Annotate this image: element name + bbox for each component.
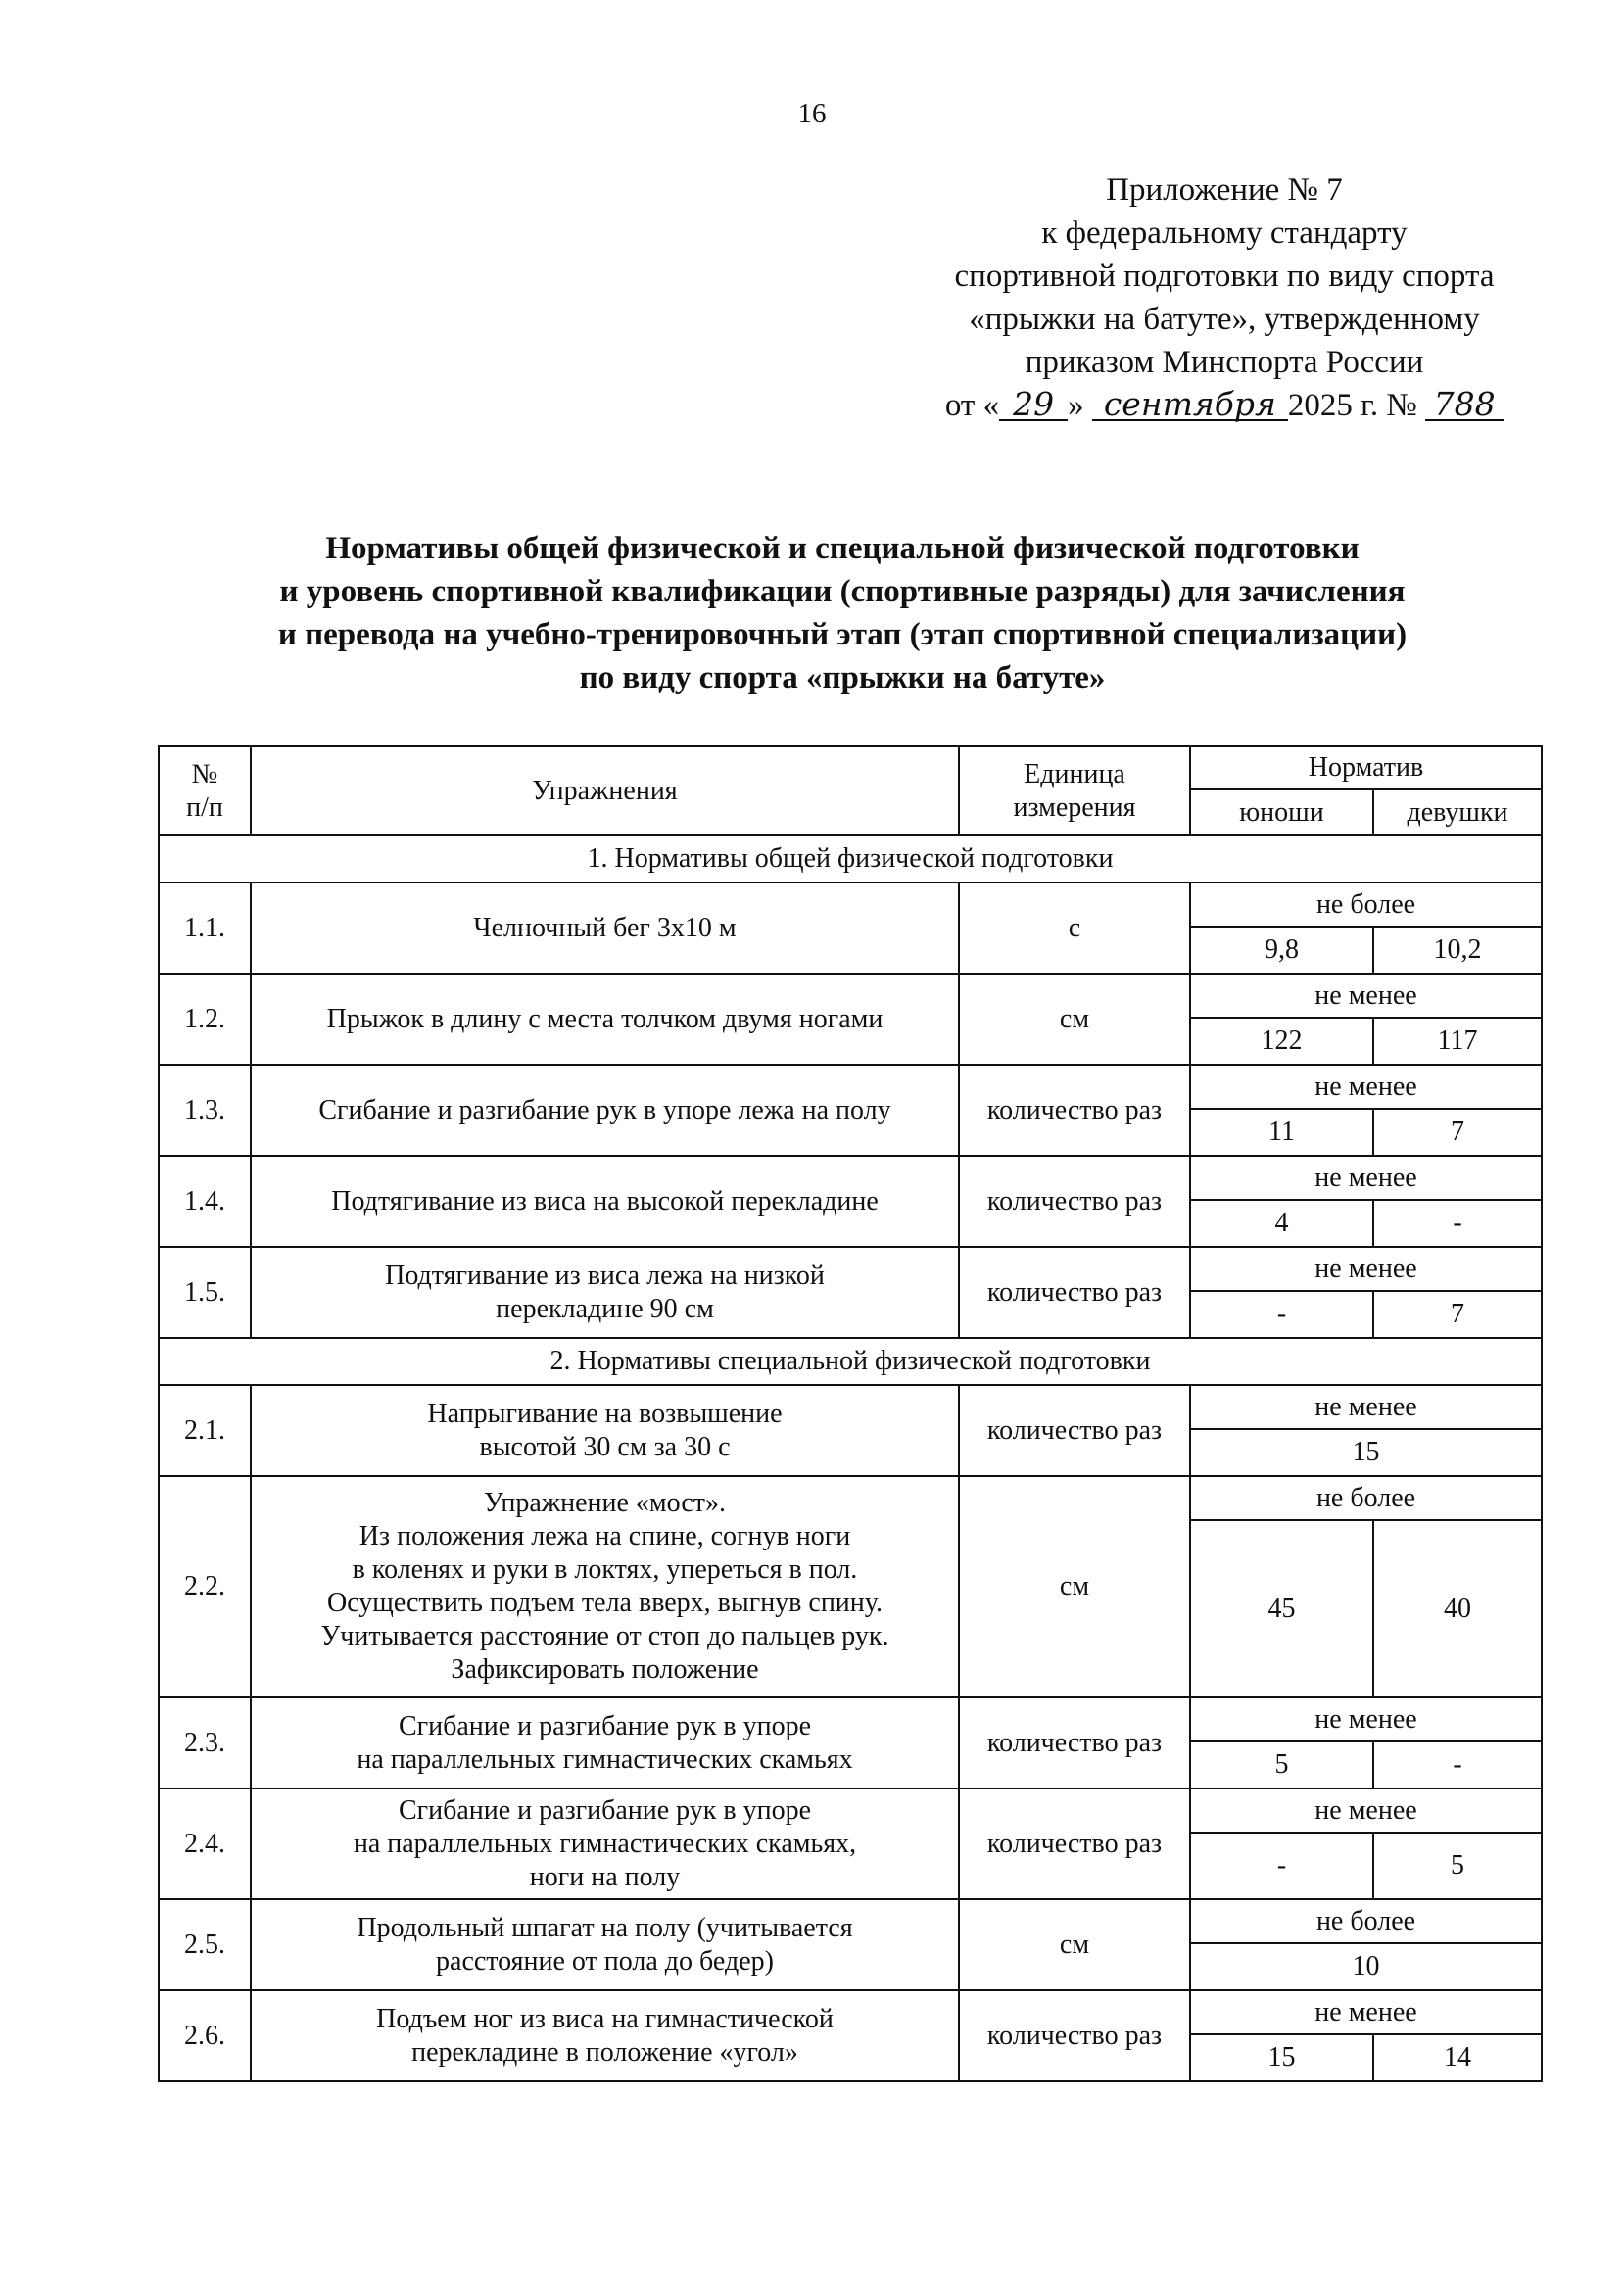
norm-qualifier: не менее bbox=[1190, 1697, 1542, 1741]
appendix-line: к федеральному стандарту bbox=[862, 212, 1587, 255]
table-row: 1.2.Прыжок в длину с места толчком двумя… bbox=[159, 974, 1542, 1018]
exercise-line: Подъем ног из виса на гимнастической bbox=[256, 2003, 954, 2036]
norm-value-girls: 7 bbox=[1373, 1109, 1542, 1156]
row-number: 1.4. bbox=[159, 1156, 251, 1247]
unit: см bbox=[959, 974, 1190, 1065]
unit: количество раз bbox=[959, 1990, 1190, 2081]
table-row: 2.3.Сгибание и разгибание рук в упорена … bbox=[159, 1697, 1542, 1741]
row-number: 2.5. bbox=[159, 1899, 251, 1990]
row-number: 1.1. bbox=[159, 882, 251, 974]
exercise-line: Прыжок в длину с места толчком двумя ног… bbox=[256, 1003, 954, 1036]
exercise-line: расстояние от пола до бедер) bbox=[256, 1945, 954, 1978]
norm-qualifier: не менее bbox=[1190, 1990, 1542, 2034]
date-prefix: от « bbox=[945, 388, 999, 423]
header-num: № п/п bbox=[159, 746, 251, 835]
exercise-line: высотой 30 см за 30 с bbox=[256, 1431, 954, 1464]
norm-qualifier: не менее bbox=[1190, 1156, 1542, 1200]
unit: количество раз bbox=[959, 1385, 1190, 1476]
norm-qualifier: не менее bbox=[1190, 974, 1542, 1018]
exercise-name: Напрыгивание на возвышениевысотой 30 см … bbox=[251, 1385, 959, 1476]
handwritten-order-number: 788 bbox=[1425, 390, 1504, 421]
table-row: 2.5.Продольный шпагат на полу (учитывает… bbox=[159, 1899, 1542, 1943]
title-line: и уровень спортивной квалификации (спорт… bbox=[147, 570, 1538, 613]
table-row: 1.3.Сгибание и разгибание рук в упоре ле… bbox=[159, 1065, 1542, 1109]
norm-value-girls: 7 bbox=[1373, 1291, 1542, 1338]
exercise-line: Сгибание и разгибание рук в упоре bbox=[256, 1710, 954, 1743]
norm-value-boys: 5 bbox=[1190, 1741, 1373, 1788]
row-number: 2.4. bbox=[159, 1788, 251, 1899]
exercise-line: Сгибание и разгибание рук в упоре лежа н… bbox=[256, 1094, 954, 1127]
page-number: 16 bbox=[0, 98, 1624, 130]
exercise-name: Сгибание и разгибание рук в упоре лежа н… bbox=[251, 1065, 959, 1156]
row-number: 2.3. bbox=[159, 1697, 251, 1788]
unit: количество раз bbox=[959, 1065, 1190, 1156]
exercise-name: Сгибание и разгибание рук в упорена пара… bbox=[251, 1697, 959, 1788]
appendix-line: приказом Минспорта России bbox=[862, 341, 1587, 384]
order-date-line: от «29» сентября2025 г. № 788 bbox=[862, 384, 1587, 427]
unit: см bbox=[959, 1476, 1190, 1697]
section-title: 1. Нормативы общей физической подготовки bbox=[159, 835, 1542, 882]
exercise-line: на параллельных гимнастических скамьях, bbox=[256, 1828, 954, 1861]
title-line: Нормативы общей физической и специальной… bbox=[147, 527, 1538, 570]
norm-value-girls: 5 bbox=[1373, 1833, 1542, 1899]
table-row: 1.5.Подтягивание из виса лежа на низкойп… bbox=[159, 1247, 1542, 1291]
appendix-header: Приложение № 7 к федеральному стандарту … bbox=[862, 168, 1587, 427]
section-row: 1. Нормативы общей физической подготовки bbox=[159, 835, 1542, 882]
norm-value-girls: - bbox=[1373, 1200, 1542, 1247]
exercise-line: перекладине 90 см bbox=[256, 1293, 954, 1326]
norm-value-girls: - bbox=[1373, 1741, 1542, 1788]
exercise-line: Учитывается расстояние от стоп до пальце… bbox=[256, 1620, 954, 1653]
table-row: 1.1.Челночный бег 3х10 мсне более bbox=[159, 882, 1542, 927]
norm-value-boys: - bbox=[1190, 1833, 1373, 1899]
table-row: 2.6.Подъем ног из виса на гимнастической… bbox=[159, 1990, 1542, 2034]
norms-table: № п/п Упражнения Единица измерения Норма… bbox=[158, 745, 1543, 2082]
row-number: 2.2. bbox=[159, 1476, 251, 1697]
exercise-line: Из положения лежа на спине, согнув ноги bbox=[256, 1520, 954, 1553]
exercise-line: Осуществить подъем тела вверх, выгнув сп… bbox=[256, 1587, 954, 1620]
year-text: 2025 г. № bbox=[1288, 388, 1417, 423]
header-boys: юноши bbox=[1190, 789, 1373, 835]
norm-value-girls: 10,2 bbox=[1373, 927, 1542, 974]
appendix-line: «прыжки на батуте», утвержденному bbox=[862, 298, 1587, 341]
row-number: 1.3. bbox=[159, 1065, 251, 1156]
norm-value-boys: 122 bbox=[1190, 1018, 1373, 1065]
exercise-name: Подтягивание из виса на высокой переклад… bbox=[251, 1156, 959, 1247]
section-row: 2. Нормативы специальной физической подг… bbox=[159, 1338, 1542, 1385]
exercise-line: на параллельных гимнастических скамьях bbox=[256, 1743, 954, 1777]
row-number: 1.5. bbox=[159, 1247, 251, 1338]
row-number: 2.6. bbox=[159, 1990, 251, 2081]
header-exercise: Упражнения bbox=[251, 746, 959, 835]
norm-qualifier: не менее bbox=[1190, 1788, 1542, 1833]
exercise-name: Подъем ног из виса на гимнастическойпере… bbox=[251, 1990, 959, 2081]
exercise-name: Упражнение «мост».Из положения лежа на с… bbox=[251, 1476, 959, 1697]
unit: количество раз bbox=[959, 1697, 1190, 1788]
exercise-line: Сгибание и разгибание рук в упоре bbox=[256, 1794, 954, 1828]
day-close: » bbox=[1068, 388, 1084, 423]
norm-value-boys: 11 bbox=[1190, 1109, 1373, 1156]
norm-value-boys: 45 bbox=[1190, 1520, 1373, 1697]
norm-value-boys: 9,8 bbox=[1190, 927, 1373, 974]
row-number: 2.1. bbox=[159, 1385, 251, 1476]
section-title: 2. Нормативы специальной физической подг… bbox=[159, 1338, 1542, 1385]
norm-value-both: 15 bbox=[1190, 1429, 1542, 1476]
norm-qualifier: не более bbox=[1190, 1899, 1542, 1943]
appendix-line: спортивной подготовки по виду спорта bbox=[862, 255, 1587, 298]
document-title: Нормативы общей физической и специальной… bbox=[147, 527, 1538, 699]
exercise-name: Сгибание и разгибание рук в упорена пара… bbox=[251, 1788, 959, 1899]
unit: см bbox=[959, 1899, 1190, 1990]
unit: количество раз bbox=[959, 1156, 1190, 1247]
exercise-line: ноги на полу bbox=[256, 1861, 954, 1894]
unit: с bbox=[959, 882, 1190, 974]
handwritten-month: сентября bbox=[1092, 390, 1288, 421]
norm-value-boys: 15 bbox=[1190, 2034, 1373, 2081]
exercise-line: Упражнение «мост». bbox=[256, 1487, 954, 1520]
row-number: 1.2. bbox=[159, 974, 251, 1065]
norm-qualifier: не более bbox=[1190, 1476, 1542, 1520]
norm-value-girls: 117 bbox=[1373, 1018, 1542, 1065]
exercise-line: Зафиксировать положение bbox=[256, 1653, 954, 1687]
exercise-name: Подтягивание из виса лежа на низкойперек… bbox=[251, 1247, 959, 1338]
norm-value-girls: 14 bbox=[1373, 2034, 1542, 2081]
exercise-line: перекладине в положение «угол» bbox=[256, 2036, 954, 2070]
title-line: и перевода на учебно-тренировочный этап … bbox=[147, 613, 1538, 656]
table-row: 2.4.Сгибание и разгибание рук в упорена … bbox=[159, 1788, 1542, 1833]
exercise-line: в коленях и руки в локтях, упереться в п… bbox=[256, 1553, 954, 1587]
table-row: 2.1.Напрыгивание на возвышениевысотой 30… bbox=[159, 1385, 1542, 1429]
norm-qualifier: не менее bbox=[1190, 1065, 1542, 1109]
exercise-name: Челночный бег 3х10 м bbox=[251, 882, 959, 974]
appendix-line: Приложение № 7 bbox=[862, 168, 1587, 212]
norm-value-both: 10 bbox=[1190, 1943, 1542, 1990]
table-row: 1.4.Подтягивание из виса на высокой пере… bbox=[159, 1156, 1542, 1200]
exercise-name: Продольный шпагат на полу (учитываетсяра… bbox=[251, 1899, 959, 1990]
exercise-line: Напрыгивание на возвышение bbox=[256, 1398, 954, 1431]
header-girls: девушки bbox=[1373, 789, 1542, 835]
norm-value-boys: 4 bbox=[1190, 1200, 1373, 1247]
norm-qualifier: не менее bbox=[1190, 1247, 1542, 1291]
header-unit: Единица измерения bbox=[959, 746, 1190, 835]
norm-qualifier: не более bbox=[1190, 882, 1542, 927]
norm-value-boys: - bbox=[1190, 1291, 1373, 1338]
header-norm: Норматив bbox=[1190, 746, 1542, 789]
norm-qualifier: не менее bbox=[1190, 1385, 1542, 1429]
exercise-line: Челночный бег 3х10 м bbox=[256, 912, 954, 945]
exercise-line: Подтягивание из виса лежа на низкой bbox=[256, 1260, 954, 1293]
unit: количество раз bbox=[959, 1247, 1190, 1338]
exercise-name: Прыжок в длину с места толчком двумя ног… bbox=[251, 974, 959, 1065]
table-row: 2.2.Упражнение «мост».Из положения лежа … bbox=[159, 1476, 1542, 1520]
title-line: по виду спорта «прыжки на батуте» bbox=[147, 656, 1538, 699]
exercise-line: Подтягивание из виса на высокой переклад… bbox=[256, 1185, 954, 1218]
handwritten-day: 29 bbox=[999, 390, 1068, 421]
norm-value-girls: 40 bbox=[1373, 1520, 1542, 1697]
unit: количество раз bbox=[959, 1788, 1190, 1899]
exercise-line: Продольный шпагат на полу (учитывается bbox=[256, 1912, 954, 1945]
